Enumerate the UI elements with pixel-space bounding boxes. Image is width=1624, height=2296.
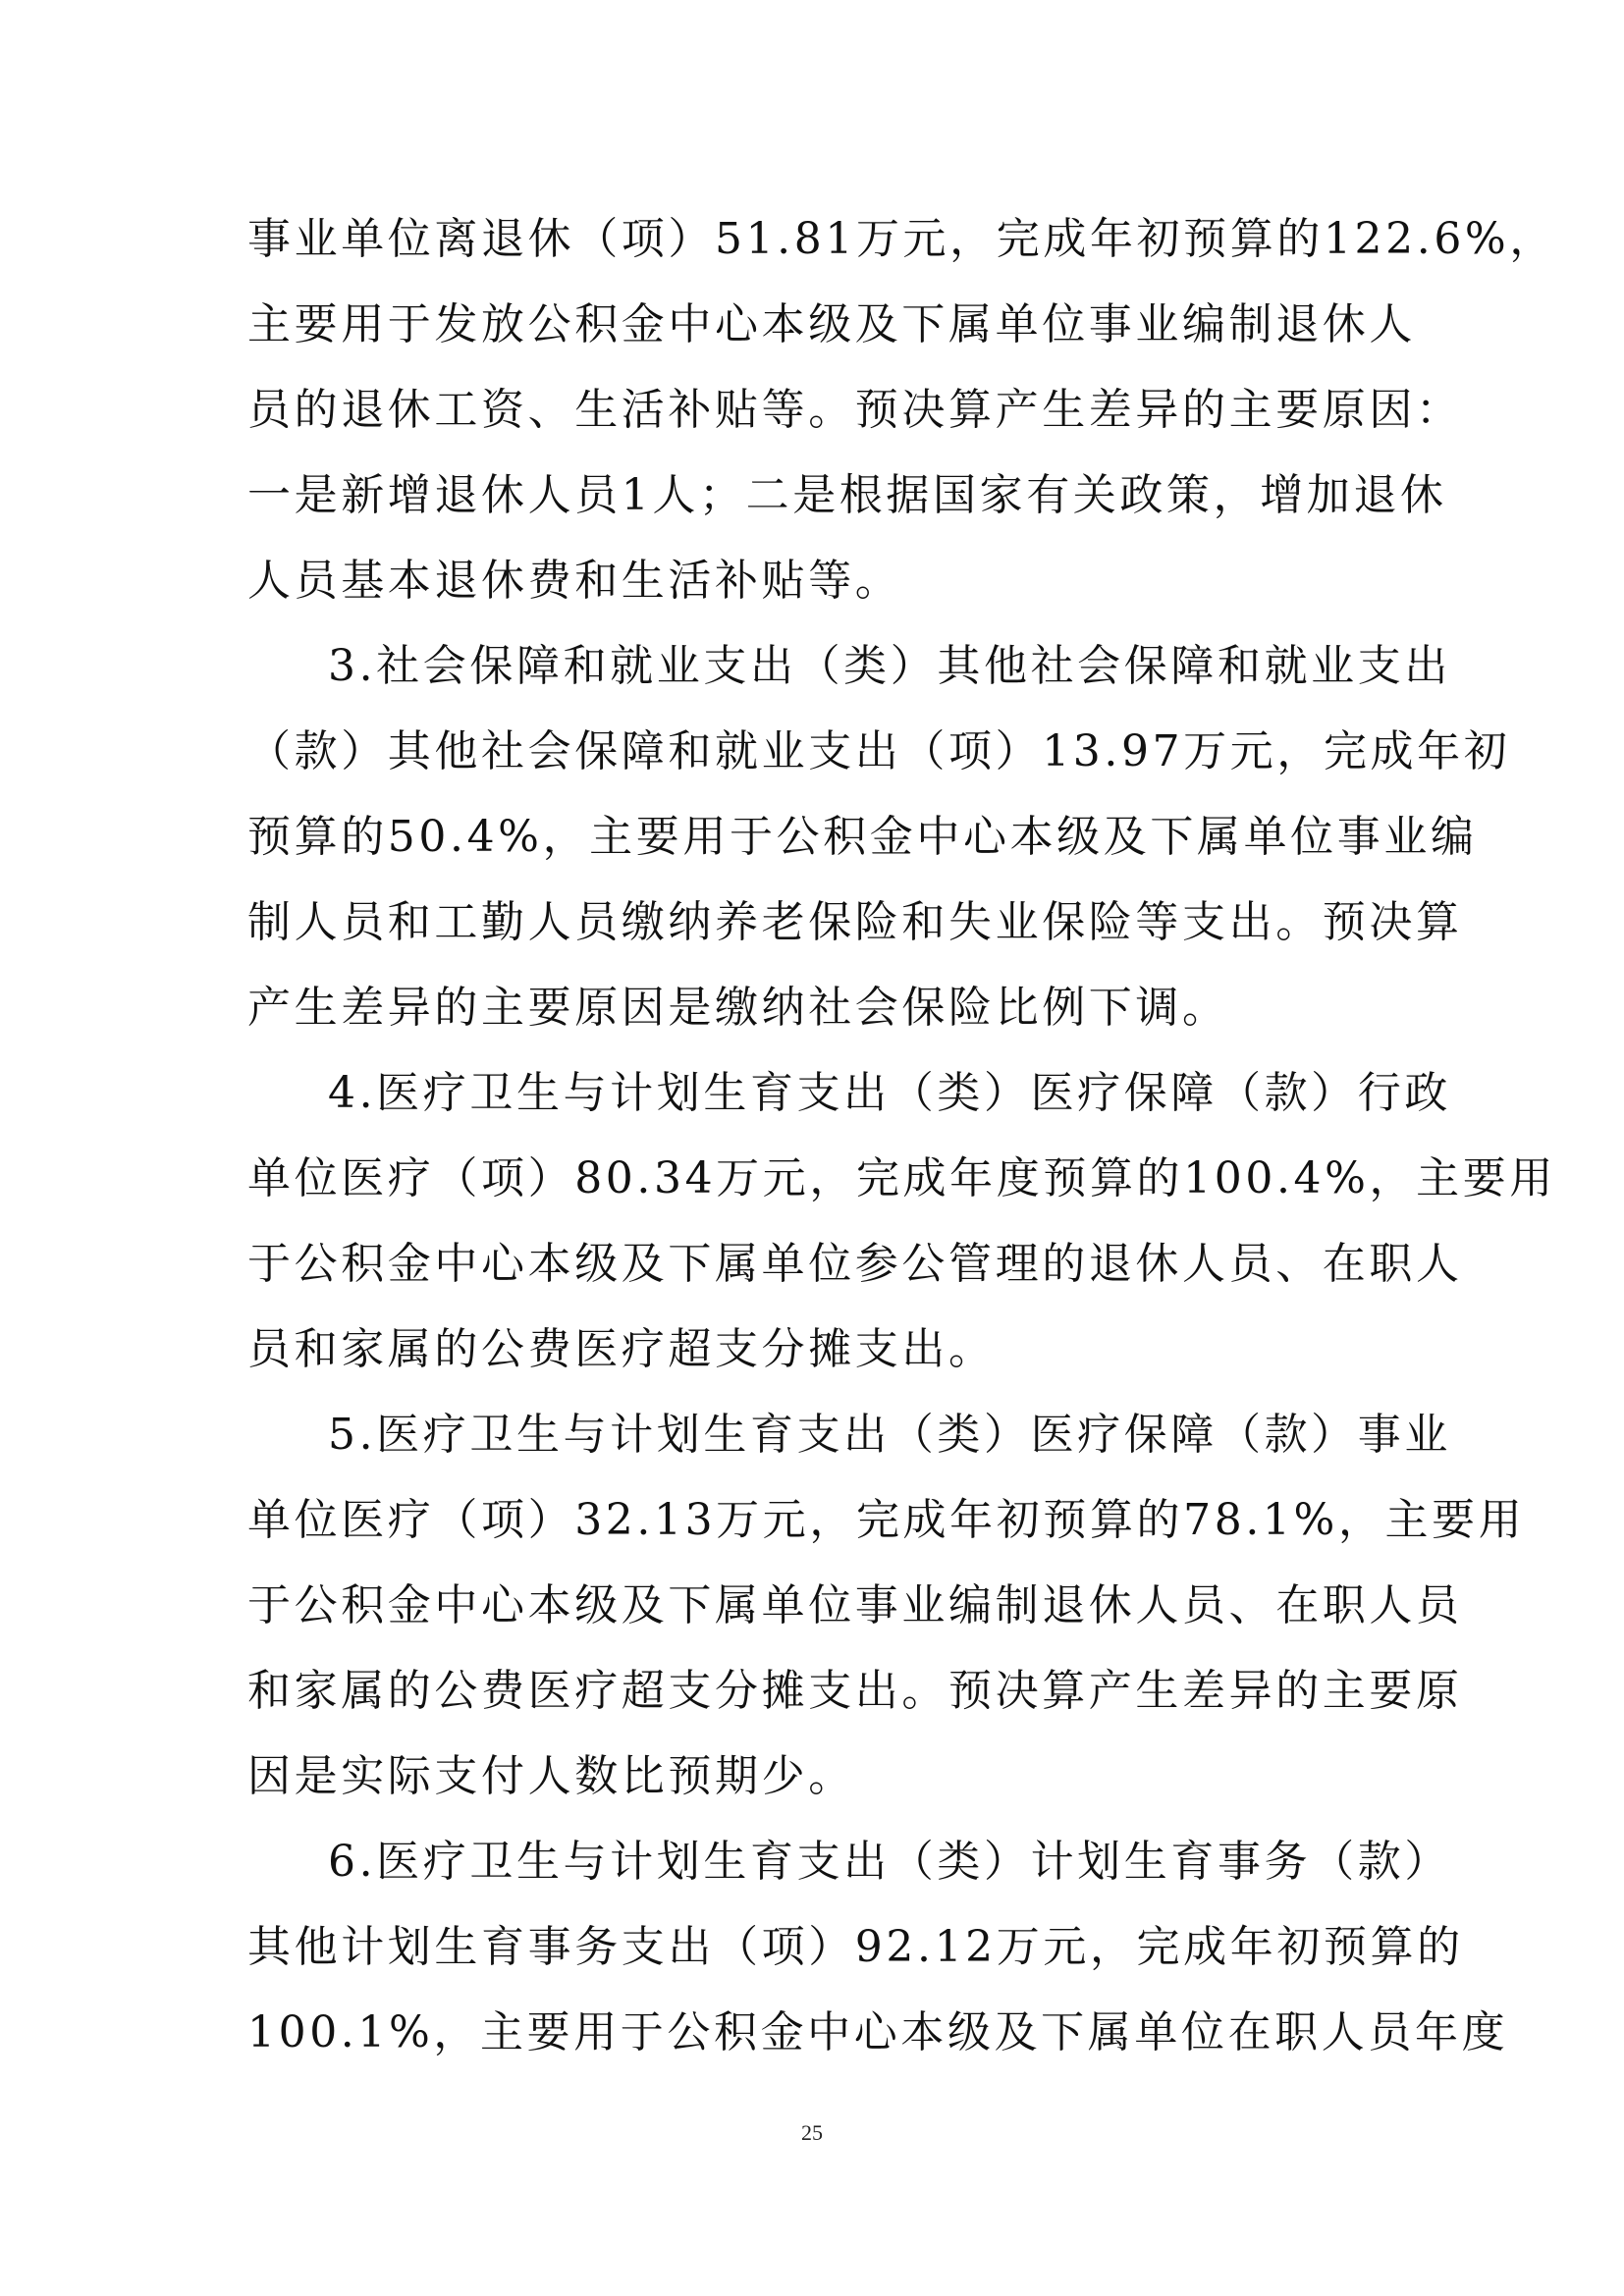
text-line: 因是实际支付人数比预期少。 bbox=[247, 1734, 1386, 1819]
body-text: 事业单位离退休（项）51.81万元，完成年初预算的122.6%， 主要用于发放公… bbox=[247, 196, 1386, 2075]
paragraph-item-6-family-planning: 6.医疗卫生与计划生育支出（类）计划生育事务（款） 其他计划生育事务支出（项）9… bbox=[247, 1819, 1386, 2075]
paragraph-item-4-admin-medical: 4.医疗卫生与计划生育支出（类）医疗保障（款）行政 单位医疗（项）80.34万元… bbox=[247, 1050, 1386, 1392]
text-line: 制人员和工勤人员缴纳养老保险和失业保险等支出。预决算 bbox=[247, 880, 1386, 965]
text-line: 人员基本退休费和生活补贴等。 bbox=[247, 538, 1386, 623]
text-line: 事业单位离退休（项）51.81万元，完成年初预算的122.6%， bbox=[247, 196, 1386, 282]
text-line: 产生差异的主要原因是缴纳社会保险比例下调。 bbox=[247, 965, 1386, 1050]
text-line: 一是新增退休人员1人；二是根据国家有关政策，增加退休 bbox=[247, 453, 1386, 538]
text-line: 100.1%，主要用于公积金中心本级及下属单位在职人员年度 bbox=[247, 1990, 1386, 2075]
paragraph-item-3-social-security: 3.社会保障和就业支出（类）其他社会保障和就业支出 （款）其他社会保障和就业支出… bbox=[247, 623, 1386, 1050]
text-line: 3.社会保障和就业支出（类）其他社会保障和就业支出 bbox=[247, 623, 1386, 709]
page-number: 25 bbox=[0, 2120, 1624, 2146]
text-line: （款）其他社会保障和就业支出（项）13.97万元，完成年初 bbox=[247, 709, 1386, 794]
text-line: 5.医疗卫生与计划生育支出（类）医疗保障（款）事业 bbox=[247, 1392, 1386, 1477]
document-page: 事业单位离退休（项）51.81万元，完成年初预算的122.6%， 主要用于发放公… bbox=[0, 0, 1624, 2296]
text-line: 单位医疗（项）80.34万元，完成年度预算的100.4%，主要用 bbox=[247, 1136, 1386, 1221]
text-line: 预算的50.4%，主要用于公积金中心本级及下属单位事业编 bbox=[247, 794, 1386, 880]
text-line: 于公积金中心本级及下属单位事业编制退休人员、在职人员 bbox=[247, 1563, 1386, 1648]
text-line: 和家属的公费医疗超支分摊支出。预决算产生差异的主要原 bbox=[247, 1648, 1386, 1734]
text-line: 6.医疗卫生与计划生育支出（类）计划生育事务（款） bbox=[247, 1819, 1386, 1904]
text-line: 员的退休工资、生活补贴等。预决算产生差异的主要原因： bbox=[247, 367, 1386, 453]
text-line: 于公积金中心本级及下属单位参公管理的退休人员、在职人 bbox=[247, 1221, 1386, 1307]
text-line: 其他计划生育事务支出（项）92.12万元，完成年初预算的 bbox=[247, 1904, 1386, 1990]
paragraph-retirement-continued: 事业单位离退休（项）51.81万元，完成年初预算的122.6%， 主要用于发放公… bbox=[247, 196, 1386, 623]
text-line: 单位医疗（项）32.13万元，完成年初预算的78.1%，主要用 bbox=[247, 1477, 1386, 1563]
text-line: 主要用于发放公积金中心本级及下属单位事业编制退休人 bbox=[247, 282, 1386, 367]
text-line: 员和家属的公费医疗超支分摊支出。 bbox=[247, 1307, 1386, 1392]
paragraph-item-5-institution-medical: 5.医疗卫生与计划生育支出（类）医疗保障（款）事业 单位医疗（项）32.13万元… bbox=[247, 1392, 1386, 1819]
text-line: 4.医疗卫生与计划生育支出（类）医疗保障（款）行政 bbox=[247, 1050, 1386, 1136]
